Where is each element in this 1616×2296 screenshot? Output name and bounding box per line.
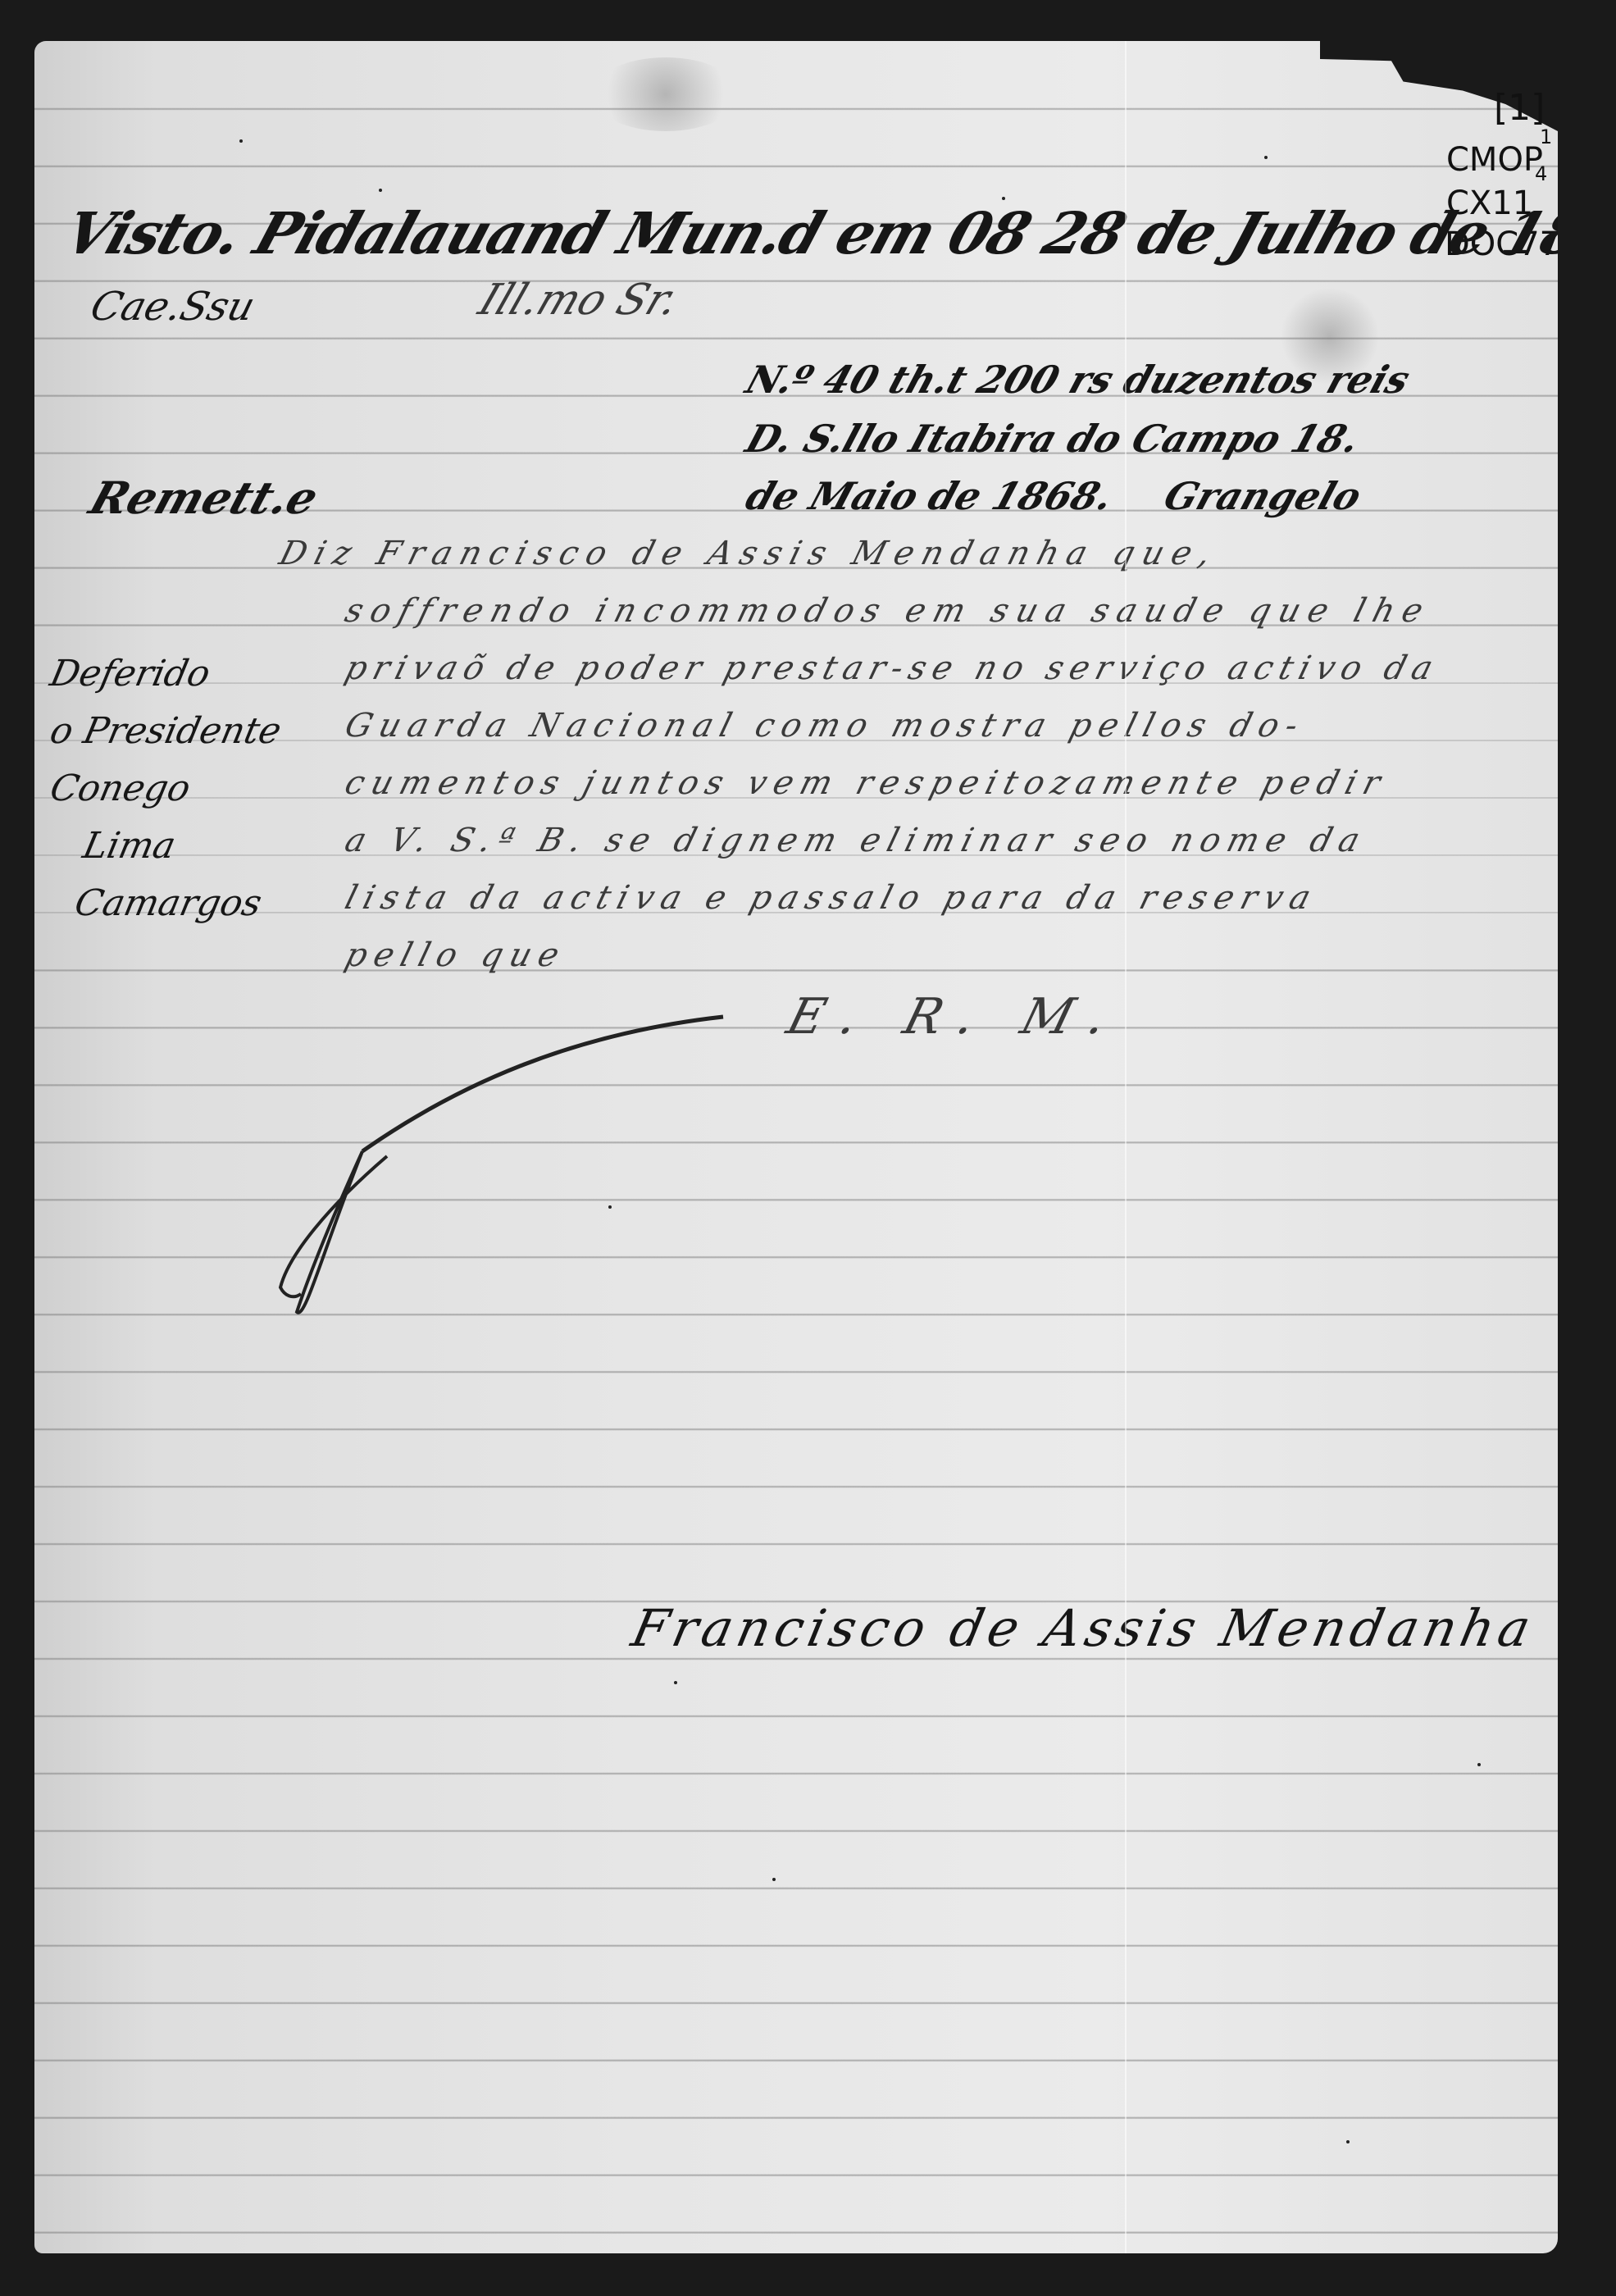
rubric-flourish bbox=[34, 41, 1558, 2253]
speck bbox=[1477, 1763, 1481, 1766]
speck bbox=[1346, 2140, 1350, 2143]
speck bbox=[772, 1878, 776, 1881]
speck bbox=[674, 1681, 677, 1684]
petitioner-signature: Francisco de Assis Mendanha bbox=[627, 1603, 1539, 1654]
speck bbox=[379, 189, 382, 192]
speck bbox=[608, 1205, 612, 1209]
speck bbox=[1002, 197, 1005, 200]
document-page: [1] CMOP 1 4 CX11 DOC77 Visto. Pidalauan… bbox=[34, 41, 1558, 2253]
speck bbox=[1264, 156, 1268, 159]
speck bbox=[239, 139, 243, 143]
